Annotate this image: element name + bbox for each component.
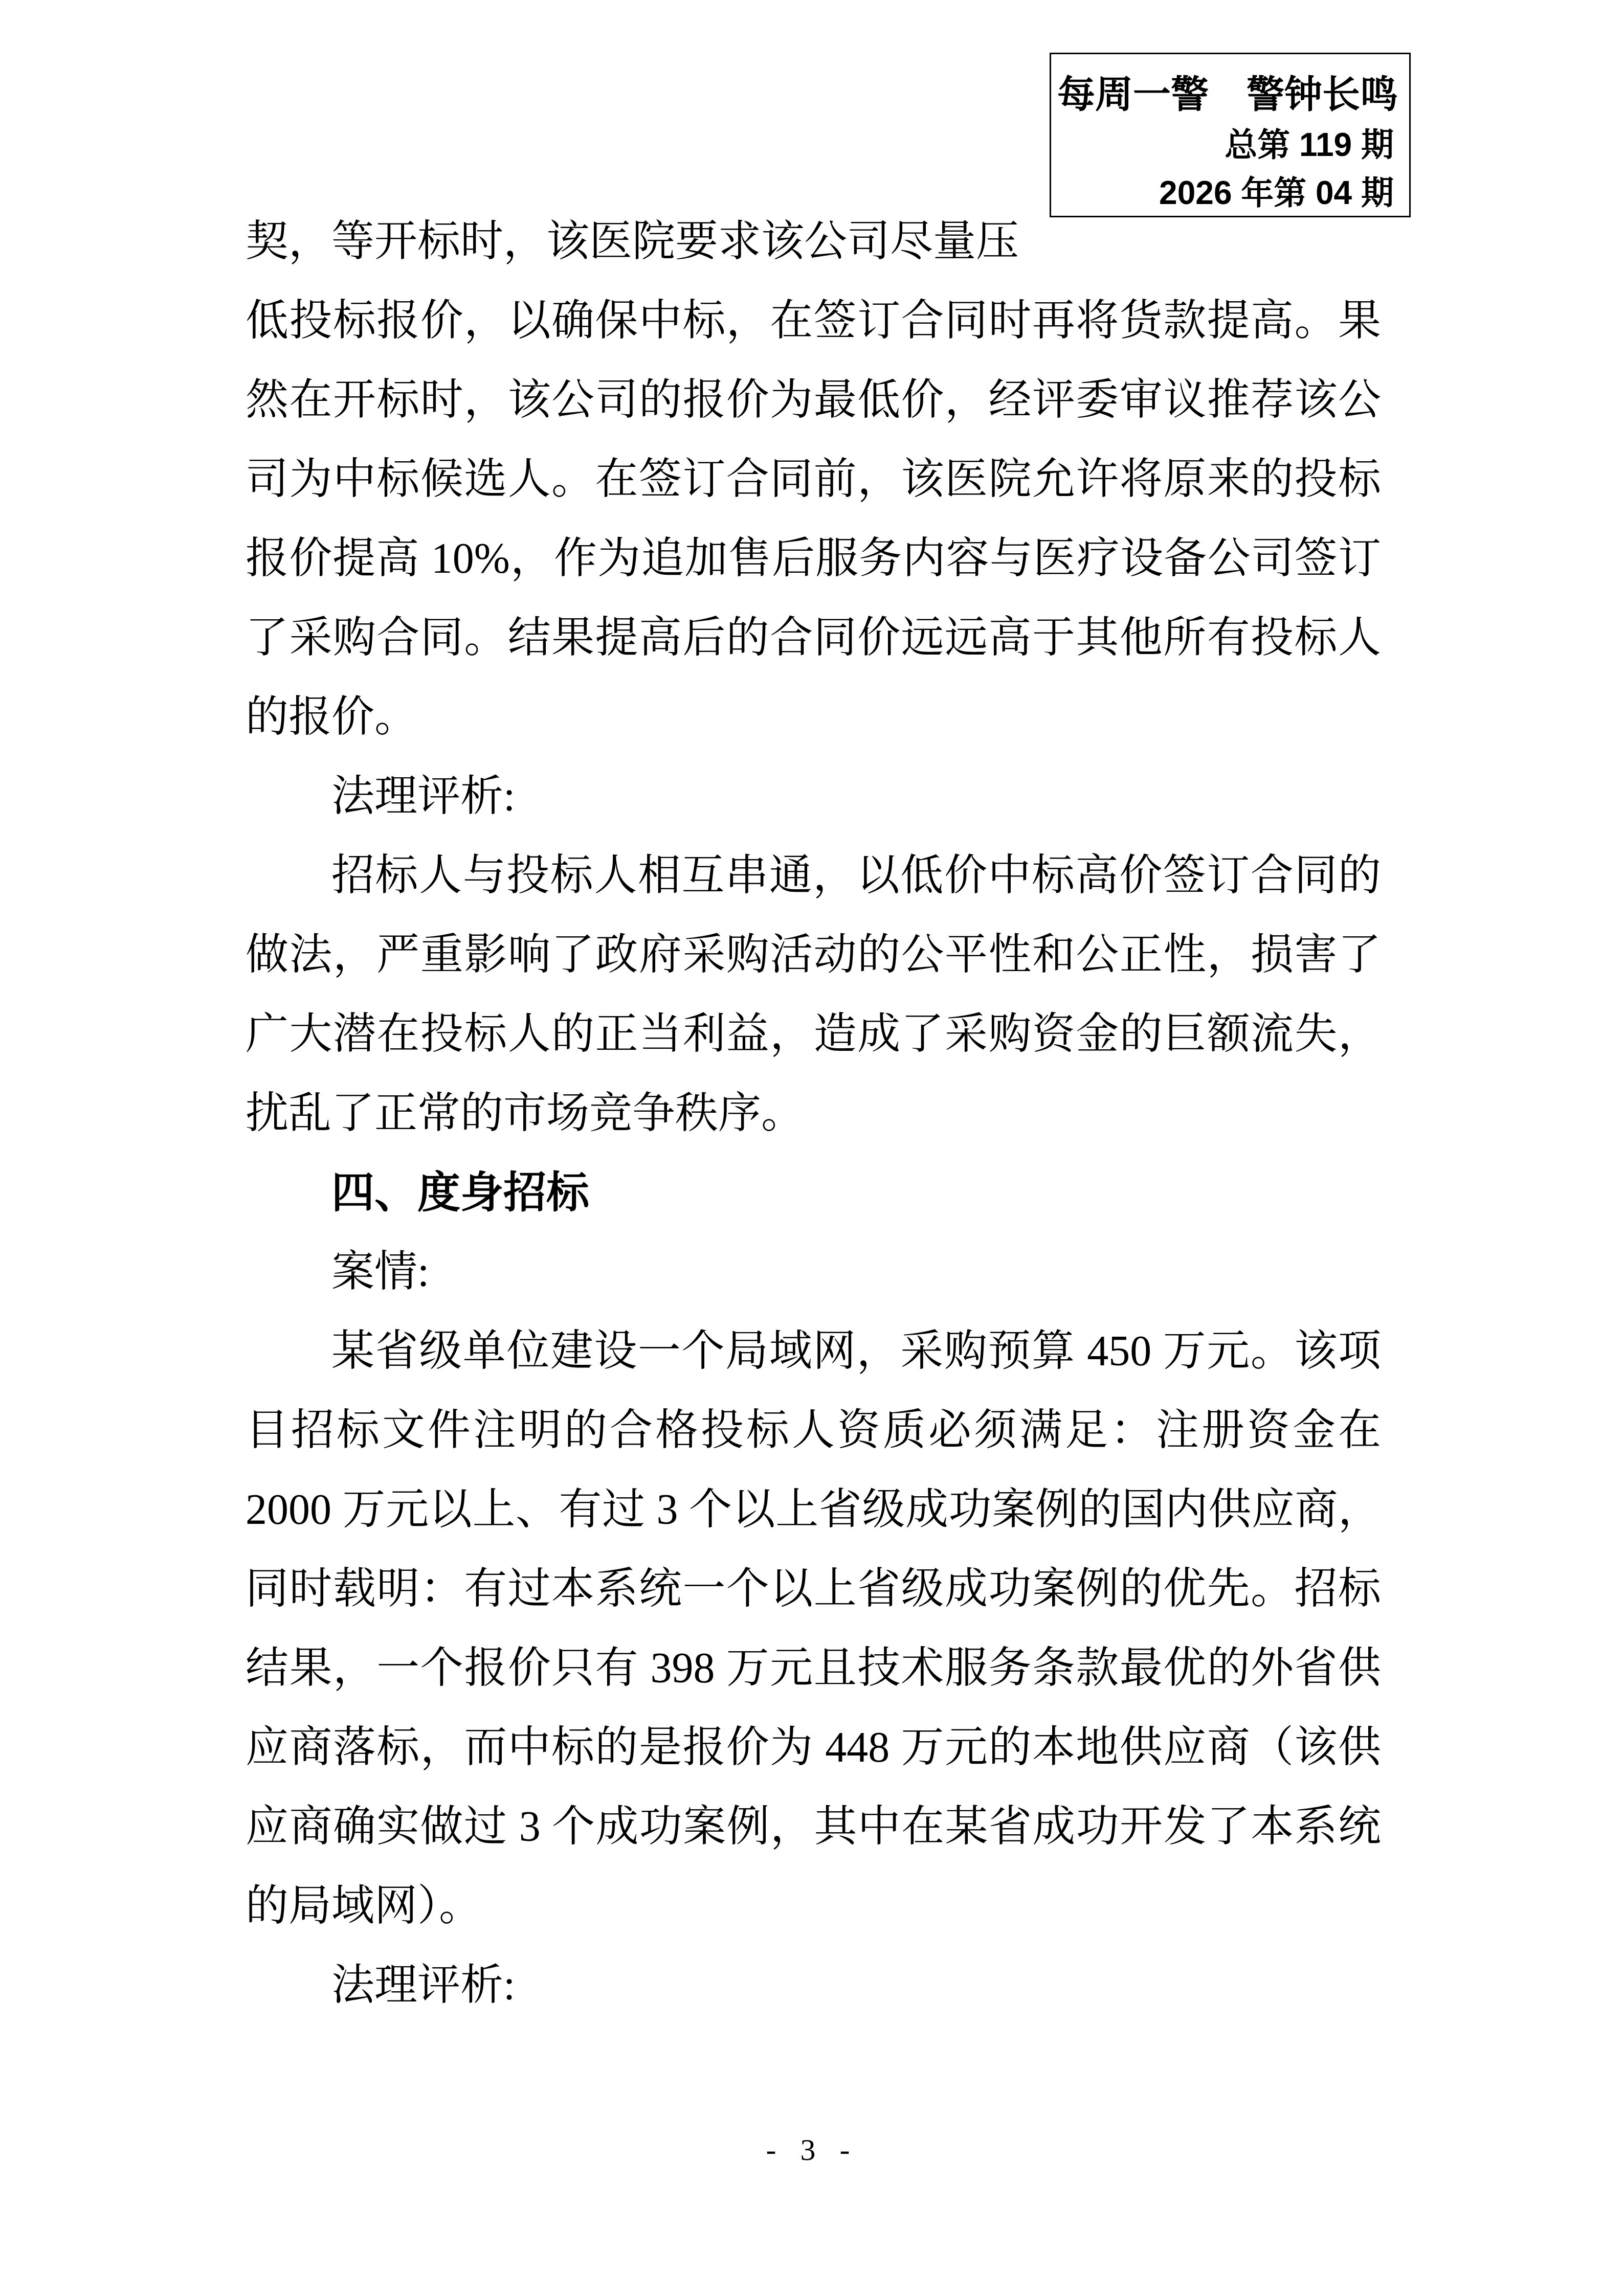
text-line: 应商落标，而中标的是报价为 448 万元的本地供应商（该供 — [246, 1708, 1381, 1787]
text-line: 契，等开标时，该医院要求该公司尽量压 — [246, 202, 1381, 281]
text-line: 某省级单位建设一个局域网，采购预算 450 万元。该项 — [246, 1312, 1381, 1391]
document-page: 每周一警 警钟长鸣 总第 119 期 2026 年第 04 期 契，等开标时，该… — [0, 0, 1624, 2296]
text-line: 低投标报价，以确保中标，在签订合同时再将货款提高。果 — [246, 281, 1381, 361]
text-line: 法理评析: — [246, 757, 1381, 836]
header-box-title: 每周一警 警钟长鸣 — [1057, 70, 1394, 121]
text-line: 司为中标候选人。在签订合同前，该医院允许将原来的投标 — [246, 440, 1381, 519]
text-line: 广大潜在投标人的正当利益，造成了采购资金的巨额流失， — [246, 995, 1381, 1074]
text-line: 案情: — [246, 1232, 1381, 1312]
page-number: - 3 - — [0, 2132, 1624, 2168]
text-line: 扰乱了正常的市场竞争秩序。 — [246, 1074, 1381, 1153]
text-line: 法理评析: — [246, 1946, 1381, 2025]
text-line: 的局域网）。 — [246, 1866, 1381, 1946]
header-box: 每周一警 警钟长鸣 总第 119 期 2026 年第 04 期 — [1050, 53, 1411, 217]
document-body: 契，等开标时，该医院要求该公司尽量压低投标报价，以确保中标，在签订合同时再将货款… — [246, 202, 1381, 2025]
text-line: 目招标文件注明的合格投标人资质必须满足：注册资金在 — [246, 1391, 1381, 1470]
text-line: 2000 万元以上、有过 3 个以上省级成功案例的国内供应商， — [246, 1470, 1381, 1549]
text-line: 做法，严重影响了政府采购活动的公平性和公正性，损害了 — [246, 915, 1381, 995]
section-heading: 四、度身招标 — [246, 1153, 1381, 1232]
text-line: 结果，一个报价只有 398 万元且技术服务条款最优的外省供 — [246, 1629, 1381, 1708]
text-line: 同时载明：有过本系统一个以上省级成功案例的优先。招标 — [246, 1549, 1381, 1629]
text-line: 的报价。 — [246, 678, 1381, 757]
text-line: 招标人与投标人相互串通，以低价中标高价签订合同的 — [246, 836, 1381, 915]
text-line: 报价提高 10%，作为追加售后服务内容与医疗设备公司签订 — [246, 519, 1381, 598]
text-line: 应商确实做过 3 个成功案例，其中在某省成功开发了本系统 — [246, 1787, 1381, 1866]
text-line: 然在开标时，该公司的报价为最低价，经评委审议推荐该公 — [246, 361, 1381, 440]
header-box-issue-total: 总第 119 期 — [1057, 121, 1394, 169]
text-line: 了采购合同。结果提高后的合同价远远高于其他所有投标人 — [246, 598, 1381, 678]
